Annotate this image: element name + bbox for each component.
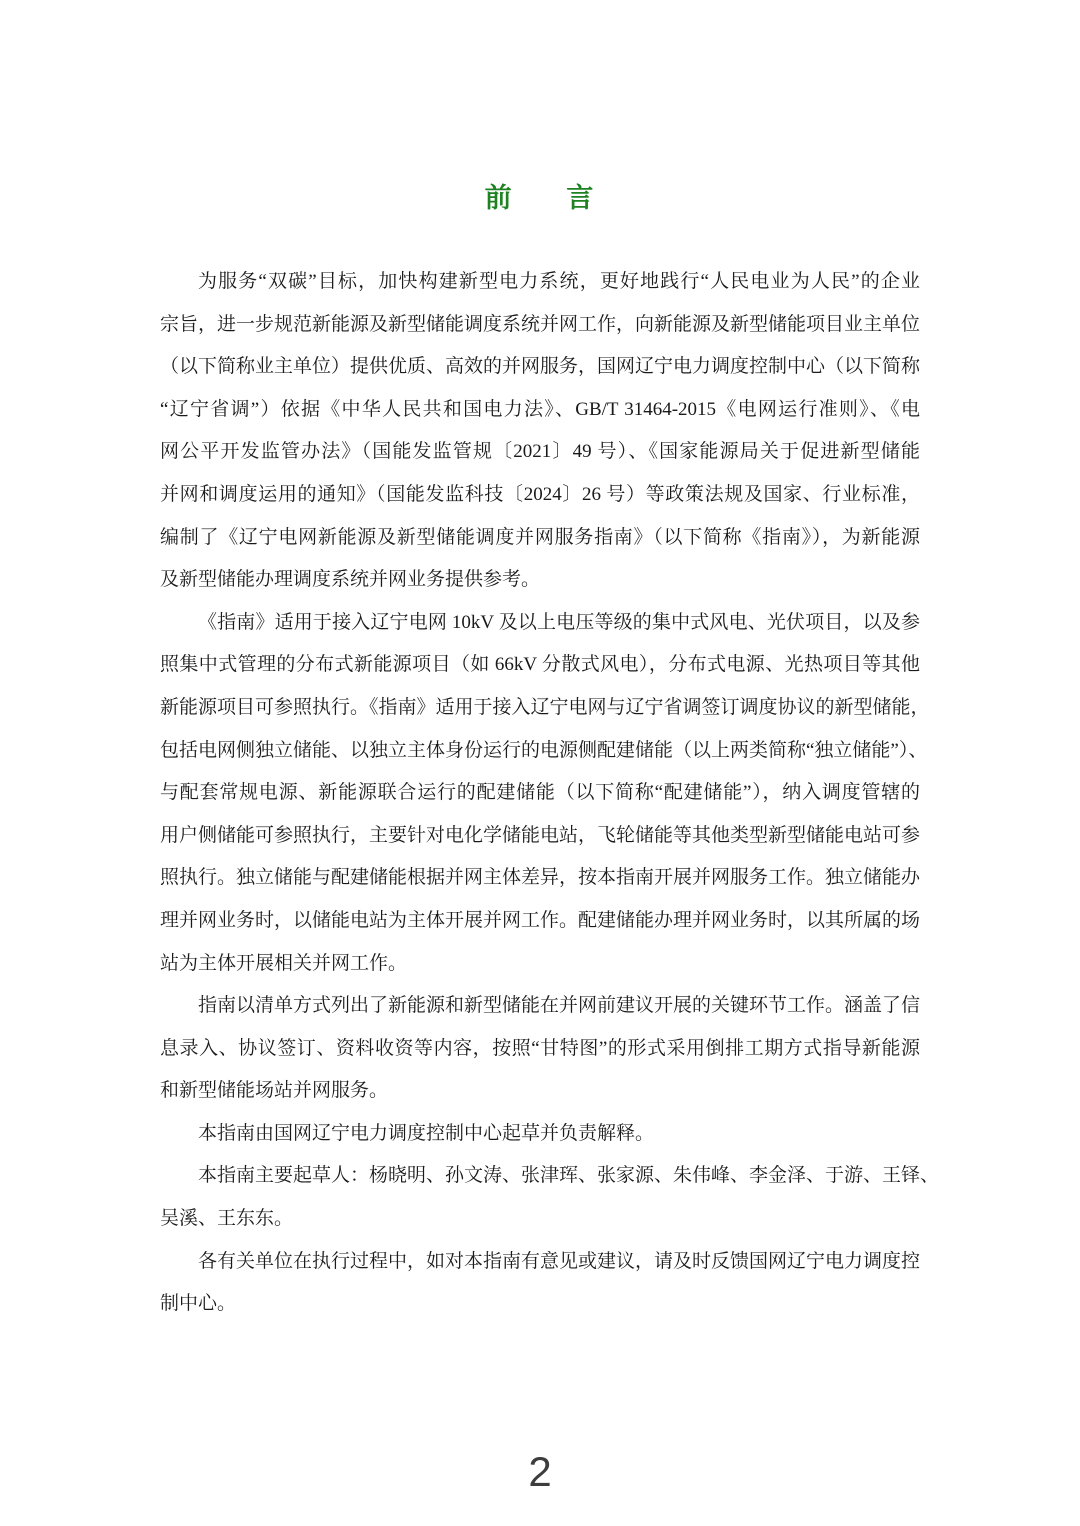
- text-line: 《指南》适用于接入辽宁电网 10kV 及以上电压等级的集中式风电、光伏项目，以及…: [160, 602, 920, 645]
- text-line: 照执行。独立储能与配建储能根据并网主体差异，按本指南开展并网服务工作。独立储能办: [160, 857, 920, 900]
- text-line: 照集中式管理的分布式新能源项目（如 66kV 分散式风电），分布式电源、光热项目…: [160, 644, 920, 687]
- text-line: 包括电网侧独立储能、以独立主体身份运行的电源侧配建储能（以上两类简称“独立储能”…: [160, 730, 920, 773]
- text-line: 理并网业务时，以储能电站为主体开展并网工作。配建储能办理并网业务时，以其所属的场: [160, 900, 920, 943]
- text-line: 为服务“双碳”目标，加快构建新型电力系统，更好地践行“人民电业为人民”的企业: [160, 261, 920, 304]
- text-line: 与配套常规电源、新能源联合运行的配建储能（以下简称“配建储能”），纳入调度管辖的: [160, 772, 920, 815]
- text-line: 及新型储能办理调度系统并网业务提供参考。: [160, 559, 920, 602]
- paragraph: 本指南主要起草人：杨晓明、孙文涛、张津珲、张家源、朱伟峰、李金泽、于游、王铎、吴…: [160, 1155, 920, 1240]
- page-number: 2: [0, 1448, 1080, 1496]
- paragraph: 本指南由国网辽宁电力调度控制中心起草并负责解释。: [160, 1113, 920, 1156]
- text-line: “辽宁省调”）依据《中华人民共和国电力法》、GB/T 31464-2015《电网…: [160, 389, 920, 432]
- text-line: 用户侧储能可参照执行，主要针对电化学储能电站，飞轮储能等其他类型新型储能电站可参: [160, 815, 920, 858]
- text-line: 息录入、协议签订、资料收资等内容，按照“甘特图”的形式采用倒排工期方式指导新能源: [160, 1028, 920, 1071]
- document-body: 为服务“双碳”目标，加快构建新型电力系统，更好地践行“人民电业为人民”的企业宗旨…: [0, 261, 1080, 1326]
- text-line: 吴溪、王东东。: [160, 1198, 920, 1241]
- text-line: 制中心。: [160, 1283, 920, 1326]
- text-line: 编制了《辽宁电网新能源及新型储能调度并网服务指南》（以下简称《指南》），为新能源: [160, 517, 920, 560]
- paragraph: 各有关单位在执行过程中，如对本指南有意见或建议，请及时反馈国网辽宁电力调度控制中…: [160, 1241, 920, 1326]
- text-line: 本指南由国网辽宁电力调度控制中心起草并负责解释。: [160, 1113, 920, 1156]
- paragraph: 《指南》适用于接入辽宁电网 10kV 及以上电压等级的集中式风电、光伏项目，以及…: [160, 602, 920, 985]
- text-line: 宗旨，进一步规范新能源及新型储能调度系统并网工作，向新能源及新型储能项目业主单位: [160, 304, 920, 347]
- text-line: 和新型储能场站并网服务。: [160, 1070, 920, 1113]
- text-line: （以下简称业主单位）提供优质、高效的并网服务，国网辽宁电力调度控制中心（以下简称: [160, 346, 920, 389]
- text-line: 并网和调度运用的通知》（国能发监科技〔2024〕26 号）等政策法规及国家、行业…: [160, 474, 920, 517]
- page-title: 前 言: [0, 0, 1080, 215]
- text-line: 各有关单位在执行过程中，如对本指南有意见或建议，请及时反馈国网辽宁电力调度控: [160, 1241, 920, 1284]
- text-line: 新能源项目可参照执行。《指南》适用于接入辽宁电网与辽宁省调签订调度协议的新型储能…: [160, 687, 920, 730]
- paragraph: 为服务“双碳”目标，加快构建新型电力系统，更好地践行“人民电业为人民”的企业宗旨…: [160, 261, 920, 602]
- text-line: 网公平开发监管办法》（国能发监管规〔2021〕49 号）、《国家能源局关于促进新…: [160, 431, 920, 474]
- paragraph: 指南以清单方式列出了新能源和新型储能在并网前建议开展的关键环节工作。涵盖了信息录…: [160, 985, 920, 1113]
- text-line: 站为主体开展相关并网工作。: [160, 943, 920, 986]
- text-line: 本指南主要起草人：杨晓明、孙文涛、张津珲、张家源、朱伟峰、李金泽、于游、王铎、: [160, 1155, 920, 1198]
- document-page: 前 言 为服务“双碳”目标，加快构建新型电力系统，更好地践行“人民电业为人民”的…: [0, 0, 1080, 1526]
- text-line: 指南以清单方式列出了新能源和新型储能在并网前建议开展的关键环节工作。涵盖了信: [160, 985, 920, 1028]
